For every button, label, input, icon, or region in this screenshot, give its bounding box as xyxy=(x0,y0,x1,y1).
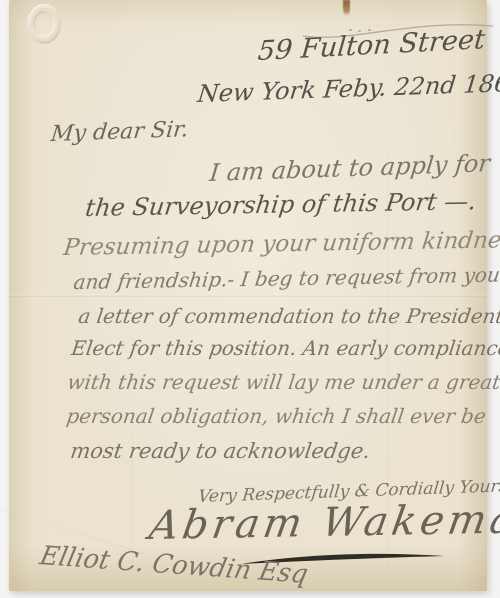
embossed-seal xyxy=(27,4,61,44)
body-line: Elect for this position. An early compli… xyxy=(70,338,500,358)
body-line: and friendship.- I beg to request from y… xyxy=(73,265,500,292)
body-line: I am about to apply for xyxy=(208,151,491,185)
fold-crease-horizontal xyxy=(9,294,487,297)
embossed-seal-ring xyxy=(33,11,55,37)
letter-paper: 59 Fulton Street New York Feby. 22nd 186… xyxy=(9,0,487,591)
body-line: Presuming upon your uniform kindness xyxy=(62,229,500,260)
signature: Abram Wakeman xyxy=(147,499,500,546)
body-line: with this request will lay me under a gr… xyxy=(66,372,500,392)
body-line: personal obligation, which I shall ever … xyxy=(65,406,487,426)
ink-stain xyxy=(343,0,350,16)
body-line: the Surveyorship of this Port —. xyxy=(84,189,478,220)
body-line: most ready to acknowledge. xyxy=(69,441,371,462)
body-line: a letter of commendation to the Presiden… xyxy=(77,306,500,326)
salutation: My dear Sir. xyxy=(50,119,190,146)
date-line: New York Feby. 22nd 1861 xyxy=(196,71,500,106)
scan-background: 59 Fulton Street New York Feby. 22nd 186… xyxy=(0,0,500,598)
address-line: 59 Fulton Street xyxy=(257,26,487,65)
